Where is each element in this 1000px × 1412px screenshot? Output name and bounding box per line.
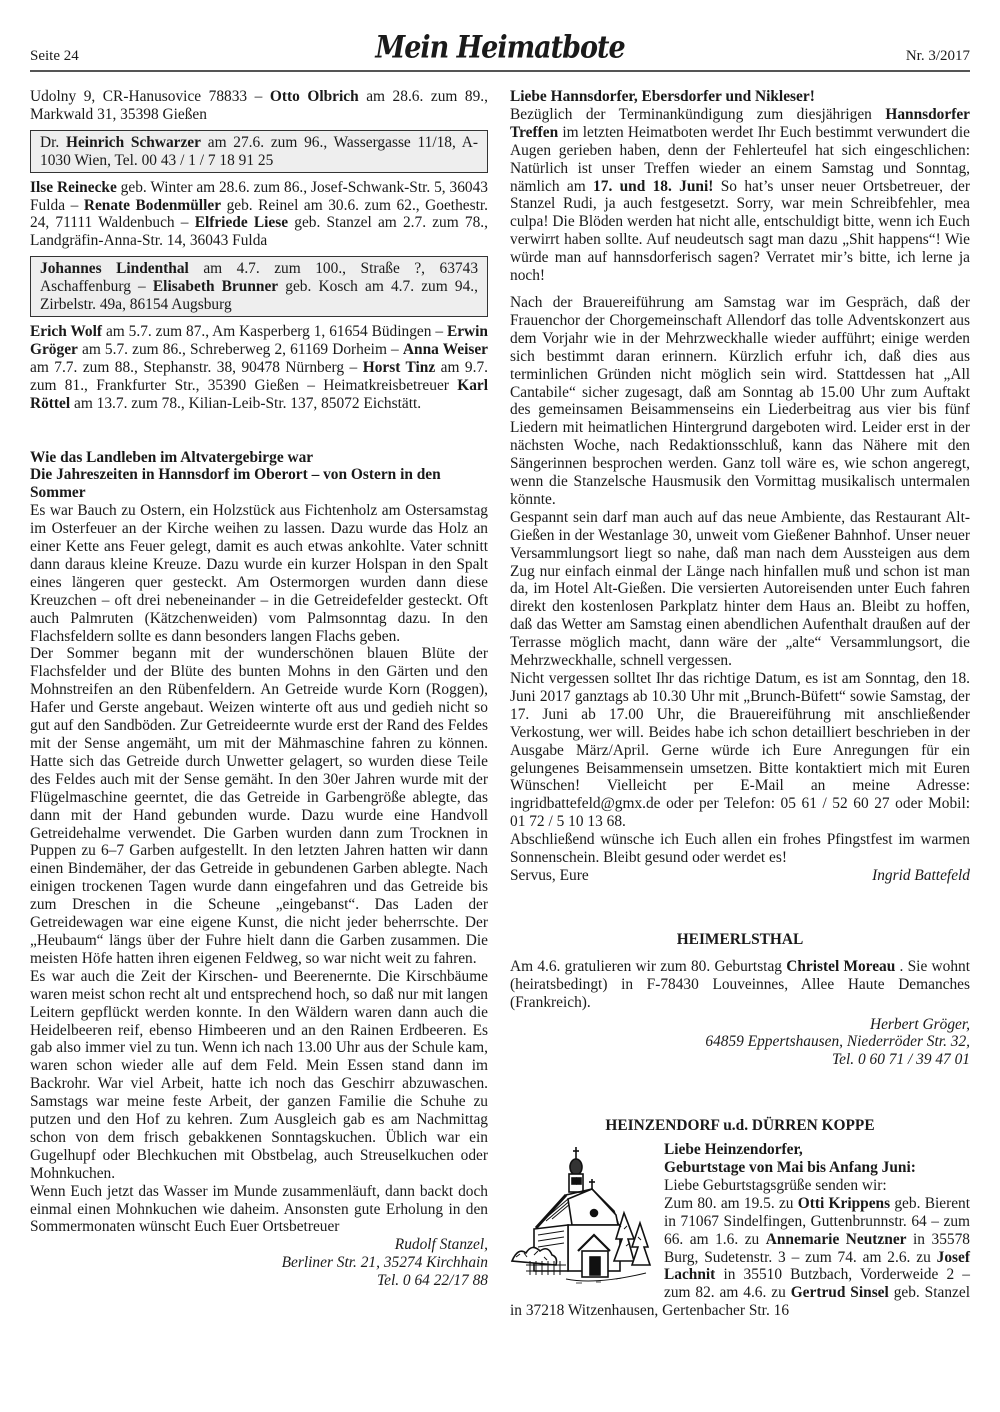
article-title: Wie das Landleben im Altvatergebirge war — [30, 449, 488, 467]
page-header: Seite 24 Mein Heimatbote Nr. 3/2017 — [30, 20, 970, 70]
person-name: Gertrud Sinsel — [791, 1284, 889, 1301]
header-divider — [30, 70, 970, 72]
author-address: Berliner Str. 21, 35274 Kirchhain — [30, 1254, 488, 1272]
letter-paragraph: Nach der Brauereiführung am Samstag war … — [510, 294, 970, 509]
letter-paragraph: Gespannt sein darf man auch auf das neue… — [510, 509, 970, 670]
birthday-entry: Ilse Reinecke geb. Winter am 28.6. zum 8… — [30, 179, 488, 251]
spacer — [510, 949, 970, 958]
section-title-heinzendorf: HEINZENDORF u.d. DÜRREN KOPPE — [510, 1117, 970, 1135]
person-name: Heinrich Schwarzer — [66, 134, 201, 151]
person-name: Ilse Reinecke — [30, 179, 117, 196]
section-body: Liebe Heinzendorfer, Geburtstage von Mai… — [510, 1141, 970, 1320]
letter-paragraph: Nicht vergessen solltet Ihr das richtige… — [510, 670, 970, 831]
person-name: Elisabeth Brunner — [153, 278, 278, 295]
author-address: 64859 Eppertshausen, Niederröder Str. 32… — [510, 1033, 970, 1051]
person-name: Christel Moreau — [786, 958, 895, 975]
person-name: Otti Krippens — [798, 1195, 890, 1212]
letter-paragraph: Abschließend wünsche ich Euch allen ein … — [510, 831, 970, 867]
section-title-heimerlsthal: HEIMERLSTHAL — [510, 931, 970, 949]
person-name: Johannes Lindenthal — [40, 260, 189, 277]
spacer — [510, 285, 970, 294]
article-paragraph: Der Sommer begann mit der wunderschönen … — [30, 645, 488, 967]
person-name: Otto Olbrich — [270, 88, 359, 105]
letter-closing: Servus, Eure Ingrid Battefeld — [510, 867, 970, 885]
person-name: Elfriede Liese — [195, 214, 288, 231]
birthday-entry: Erich Wolf am 5.7. zum 87., Am Kasperber… — [30, 323, 488, 413]
article-paragraph: Es war Bauch zu Ostern, ein Holzstück au… — [30, 502, 488, 645]
birthday-entry: Johannes Lindenthal am 4.7. zum 100., St… — [40, 260, 478, 314]
birthday-entry: Dr. Heinrich Schwarzer am 27.6. zum 96.,… — [40, 134, 478, 170]
highlight-box: Dr. Heinrich Schwarzer am 27.6. zum 96.,… — [30, 130, 488, 173]
person-name: Annemarie Neutzner — [766, 1231, 907, 1248]
author-phone: Tel. 0 60 71 / 39 47 01 — [510, 1051, 970, 1069]
issue-number: Nr. 3/2017 — [906, 48, 970, 65]
article-subtitle: Die Jahreszeiten in Hannsdorf im Oberort… — [30, 466, 488, 502]
spacer — [510, 1069, 970, 1117]
spacer — [30, 413, 488, 449]
person-name: Erich Wolf — [30, 323, 102, 340]
article-paragraph: Es war auch die Zeit der Kirschen- und B… — [30, 968, 488, 1183]
church-drawing-icon — [506, 1143, 656, 1288]
person-name: Anna Weiser — [403, 341, 488, 358]
letter-signature: Ingrid Battefeld — [872, 867, 970, 885]
person-name: Renate Bodenmüller — [84, 197, 221, 214]
letter-greeting: Liebe Hannsdorfer, Ebersdorfer und Nikle… — [510, 88, 970, 106]
right-column: Liebe Hannsdorfer, Ebersdorfer und Nikle… — [510, 88, 970, 1320]
letter-paragraph: Bezüglich der Terminankündigung zum dies… — [510, 106, 970, 285]
author-name: Herbert Gröger, — [510, 1016, 970, 1034]
section-paragraph: Am 4.6. gratulieren wir zum 80. Geburtst… — [510, 958, 970, 1012]
article-paragraph: Wenn Euch jetzt das Wasser im Munde zusa… — [30, 1183, 488, 1237]
left-column: Udolny 9, CR-Hanusovice 78833 – Otto Olb… — [30, 88, 488, 1290]
highlight-box: Johannes Lindenthal am 4.7. zum 100., St… — [30, 256, 488, 317]
birthday-entry: Udolny 9, CR-Hanusovice 78833 – Otto Olb… — [30, 88, 488, 124]
person-name: Horst Tinz — [363, 359, 435, 376]
masthead-logo: Mein Heimatbote — [30, 30, 970, 66]
author-phone: Tel. 0 64 22/17 88 — [30, 1272, 488, 1290]
spacer — [510, 885, 970, 931]
author-name: Rudolf Stanzel, — [30, 1236, 488, 1254]
